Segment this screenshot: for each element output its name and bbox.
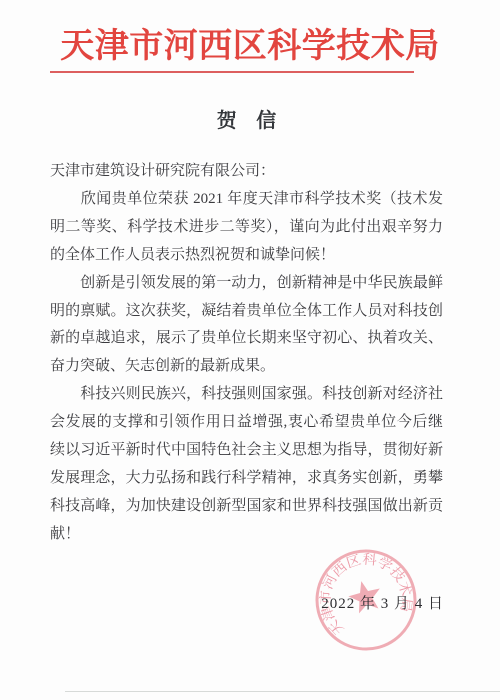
body-line: 发展理念，大力弘扬和践行科学精神，求真务实创新，勇攀 — [50, 465, 443, 493]
body-line: 明二等奖、科学技术进步二等奖），谨向为此付出艰辛努力 — [50, 214, 443, 242]
body-line: 新的卓越追求，展示了贵单位长期来坚守初心、执着攻关、 — [50, 325, 443, 353]
body-line: 明的禀赋。这次获奖，凝结着贵单位全体工作人员对科技创 — [50, 298, 443, 326]
body-line: 奋力突破、矢志创新的最新成果。 — [50, 353, 443, 381]
paragraphs: 欣闻贵单位荣获 2021 年度天津市科学技术奖（技术发明二等奖、科学技术进步二等… — [50, 186, 443, 549]
letterhead-title: 天津市河西区科学技术局 — [0, 18, 500, 67]
body-line: 会发展的支撑和引领作用日益增强,衷心希望贵单位今后继 — [50, 409, 443, 437]
letter-date: 2022 年 3 月 4 日 — [321, 592, 444, 613]
body-line: 创新是引领发展的第一动力，创新精神是中华民族最鲜 — [50, 270, 443, 298]
body-line: 科技高峰，为加快建设创新型国家和世界科技强国做出新贡 — [50, 493, 443, 521]
letter-body: 天津市建筑设计研究院有限公司： 欣闻贵单位荣获 2021 年度天津市科学技术奖（… — [50, 158, 443, 549]
body-line: 的全体工作人员表示热烈祝贺和诚挚问候！ — [50, 242, 443, 270]
letter-page: 天津市河西区科学技术局 贺 信 天津市建筑设计研究院有限公司： 欣闻贵单位荣获 … — [0, 0, 500, 700]
letter-title: 贺 信 — [0, 104, 500, 133]
scan-artifact-line — [65, 691, 500, 692]
body-line: 续以习近平新时代中国特色社会主义思想为指导，贯彻好新 — [50, 437, 443, 465]
body-line: 欣闻贵单位荣获 2021 年度天津市科学技术奖（技术发 — [50, 186, 443, 214]
addressee-line: 天津市建筑设计研究院有限公司： — [50, 158, 443, 186]
body-line: 科技兴则民族兴，科技强则国家强。科技创新对经济社 — [50, 381, 443, 409]
letterhead-rule — [50, 71, 414, 73]
